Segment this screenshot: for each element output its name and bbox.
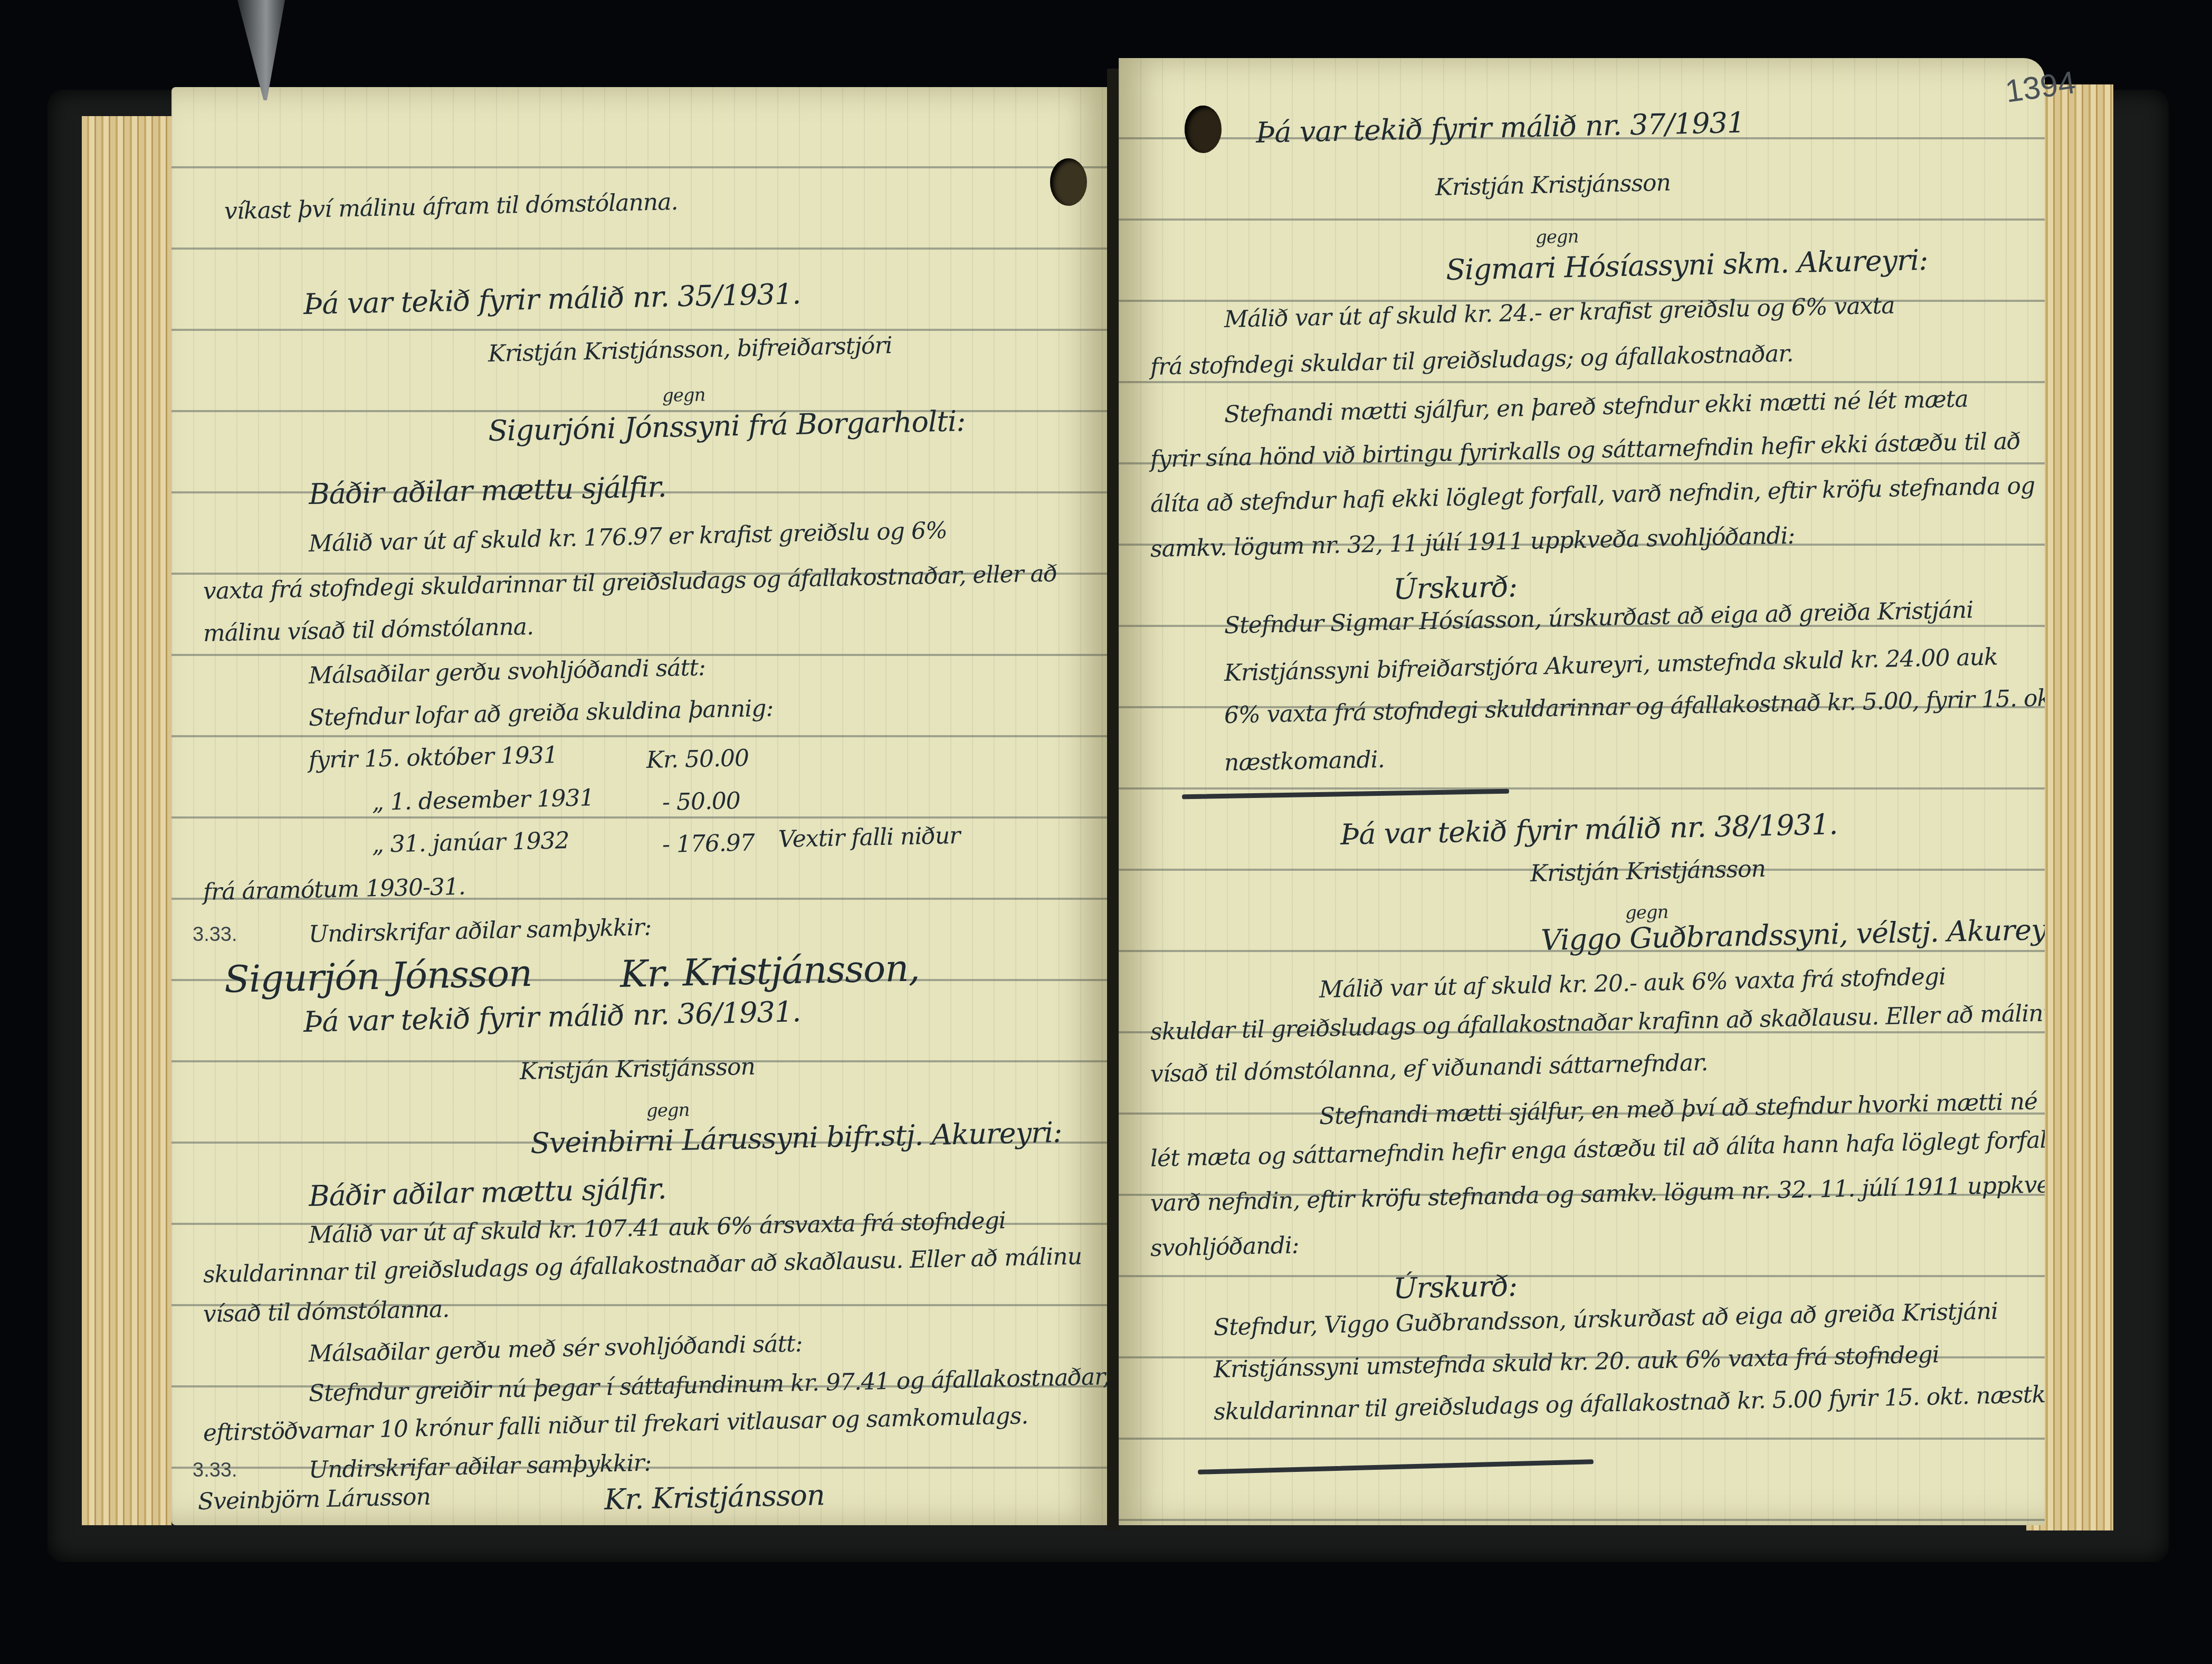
installment-amount: - 176.97 (662, 829, 755, 858)
installment-date: fyrir 15. október 1931 (308, 741, 558, 774)
line: samkv. lögum nr. 32, 11 júlí 1911 uppkve… (1150, 522, 1795, 563)
right-page: Þá var tekið fyrir málið nr. 37/1931 Kri… (1119, 58, 2045, 1525)
line: svohljóðandi: (1150, 1232, 1299, 1262)
line: skuldarinnar til greiðsludags og áfallak… (203, 1243, 1082, 1288)
case-heading: Þá var tekið fyrir málið nr. 37/1931 (1255, 106, 1744, 149)
line: næstkomandi. (1224, 746, 1385, 776)
line: vísað til dómstólanna, ef viðunandi sátt… (1150, 1049, 1708, 1088)
line: Stefnandi mætti sjálfur, en með því að s… (1319, 1088, 2037, 1129)
installment-amount: - 50.00 (662, 787, 740, 816)
line: Málið var út af skuld kr. 20.- auk 6% va… (1319, 963, 1946, 1003)
page-edges-left (82, 116, 171, 1525)
line: Stefndur lofar að greiða skuldina þannig… (308, 695, 773, 731)
line: víkast því málinu áfram til dómstólanna. (224, 188, 678, 225)
defendant: Sigmari Hósíassyni skm. Akureyri: (1445, 243, 1928, 287)
section-divider (1182, 789, 1509, 800)
line: Málsaðilar gerðu með sér svohljóðandi sá… (308, 1330, 803, 1367)
line: frá stofndegi skuldar til greiðsludags; … (1150, 340, 1793, 381)
line: 6% vaxta frá stofndegi skuldarinnar og á… (1224, 683, 2045, 729)
line: Báðir aðilar mættu sjálfir. (308, 470, 666, 511)
plaintiff: Kristján Kristjánsson (1530, 855, 1766, 887)
line: skuldar til greiðsludags og áfallakostna… (1150, 1000, 2045, 1045)
gegn: gegn (1625, 901, 1668, 924)
line: vaxta frá stofndegi skuldarinnar til gre… (203, 560, 1057, 605)
line: Stefndur greiðir nú þegar í sáttafundinu… (308, 1363, 1108, 1407)
line: Stefndur Sigmar Hósíasson, úrskurðast að… (1224, 596, 1973, 639)
line: Málið var út af skuld kr. 24.- er krafis… (1224, 292, 1894, 333)
page-holder-blade (237, 0, 285, 100)
gegn: gegn (1536, 226, 1579, 248)
punch-hole (1185, 106, 1222, 153)
line: málinu vísað til dómstólanna. (203, 613, 533, 647)
amount-note: Vextir falli niður (778, 822, 960, 853)
case-heading: Þá var tekið fyrir málið nr. 36/1931. (303, 995, 801, 1039)
installment-amount: Kr. 50.00 (646, 745, 749, 774)
ruling-heading: Úrskurð: (1393, 1269, 1517, 1305)
line: Stefnandi mætti sjálfur, en þareð stefnd… (1224, 385, 1968, 428)
margin-note: 3.33. (193, 1459, 237, 1482)
plaintiff: Kristján Kristjánsson (1435, 169, 1671, 201)
line: Kristjánssyni umstefnda skuld kr. 20. au… (1213, 1341, 1939, 1383)
line: lét mæta og sáttarnefndin hefir enga ást… (1150, 1126, 2045, 1172)
installment-date: „ 31. janúar 1932 (371, 827, 569, 858)
signature: Sigurjón Jónsson (224, 952, 532, 1001)
line: eftirstöðvarnar 10 krónur falli niður ti… (203, 1402, 1028, 1447)
section-divider (1198, 1459, 1594, 1475)
line: skuldarinnar til greiðsludags og áfallak… (1213, 1380, 2045, 1425)
punch-hole (1050, 158, 1087, 206)
book-gutter (1107, 69, 1120, 1530)
signature: Kr. Kristjánsson (604, 1478, 825, 1516)
line: fyrir sína hönd við birtingu fyrirkalls … (1150, 427, 2020, 473)
line: Undirskrifar aðilar samþykkir: (308, 914, 651, 948)
plaintiff: Kristján Kristjánsson (519, 1053, 755, 1085)
line: varð nefndin, eftir kröfu stefnanda og s… (1150, 1171, 2045, 1217)
signature: Sveinbjörn Lárusson (197, 1484, 431, 1515)
line: vísað til dómstólanna. (203, 1296, 449, 1328)
line: Báðir aðilar mættu sjálfir. (308, 1172, 666, 1213)
defendant: Sigurjóni Jónssyni frá Borgarholti: (488, 404, 966, 448)
installment-date: „ 1. desember 1931 (371, 784, 594, 816)
left-page: víkast því málinu áfram til dómstólanna.… (171, 87, 1108, 1525)
line: Stefndur, Viggo Guðbrandsson, úrskurðast… (1213, 1298, 1998, 1341)
signature: Kr. Kristjánsson, (619, 946, 920, 996)
line: álíta að stefndur hafi ekki löglegt forf… (1150, 472, 2035, 518)
line: Málið var út af skuld kr. 107.41 auk 6% … (308, 1207, 1006, 1249)
ruling-heading: Úrskurð: (1393, 570, 1517, 606)
defendant: Sveinbirni Lárussyni bifr.stj. Akureyri: (530, 1116, 1062, 1160)
line: Kristjánssyni bifreiðarstjóra Akureyri, … (1224, 643, 1998, 687)
gegn: gegn (662, 384, 705, 406)
case-heading: Þá var tekið fyrir málið nr. 38/1931. (1340, 807, 1838, 851)
defendant: Viggo Guðbrandssyni, vélstj. Akureyri: (1540, 912, 2045, 957)
gegn: gegn (646, 1099, 690, 1121)
case-heading: Þá var tekið fyrir málið nr. 35/1931. (303, 277, 801, 321)
line: Málsaðilar gerðu svohljóðandi sátt: (308, 654, 705, 689)
line: Undirskrifar aðilar samþykkir: (308, 1449, 651, 1484)
plaintiff: Kristján Kristjánsson, bifreiðarstjóri (488, 332, 892, 367)
line: frá áramótum 1930-31. (203, 873, 465, 906)
line: Málið var út af skuld kr. 176.97 er kraf… (308, 517, 947, 557)
margin-note: 3.33. (193, 924, 237, 946)
